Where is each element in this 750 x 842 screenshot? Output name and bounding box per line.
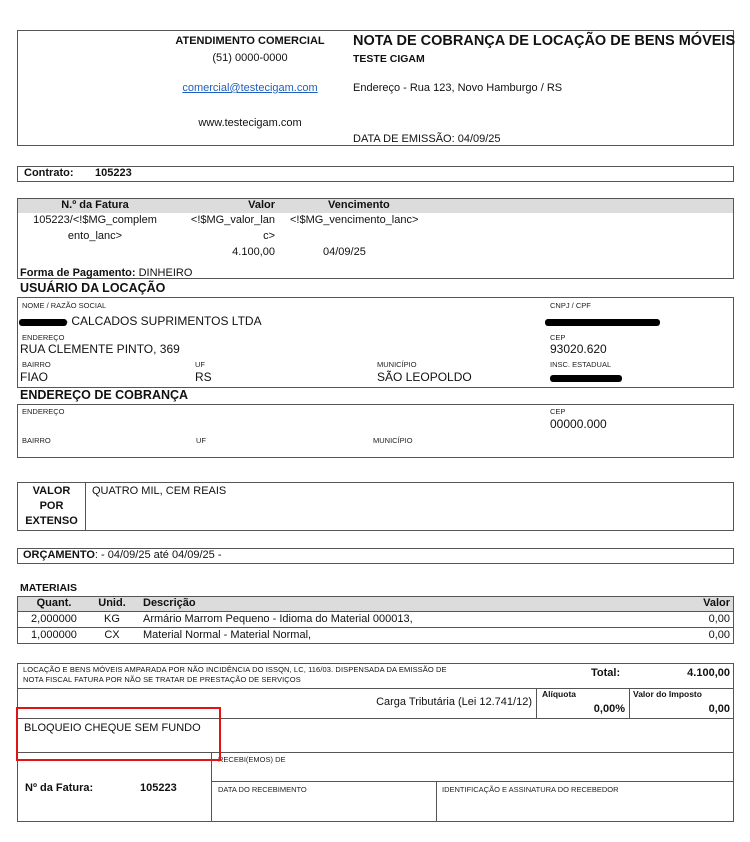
redacted-ie bbox=[550, 375, 622, 382]
col-due: Vencimento bbox=[328, 199, 390, 211]
uf-label: UF bbox=[195, 360, 205, 369]
amount-words-divider bbox=[85, 482, 86, 531]
highlight-annotation bbox=[16, 707, 221, 761]
tax-value-label: Valor do Imposto bbox=[633, 689, 702, 699]
billing-address-label: ENDEREÇO bbox=[22, 407, 65, 416]
invoice-due-placeholder: <!$MG_vencimento_lanc> bbox=[290, 214, 418, 226]
company-address: Endereço - Rua 123, Novo Hamburgo / RS bbox=[353, 82, 562, 94]
col-invoice-number: N.º da Fatura bbox=[20, 199, 170, 211]
receipt-invoice-label: Nº da Fatura: bbox=[25, 782, 93, 794]
payment-label: Forma de Pagamento: bbox=[20, 267, 136, 279]
invoice-value-line2: c> bbox=[170, 230, 275, 242]
row-unit: KG bbox=[92, 613, 132, 625]
address-value: RUA CLEMENTE PINTO, 369 bbox=[20, 342, 180, 356]
issue-date: DATA DE EMISSÃO: 04/09/25 bbox=[353, 133, 501, 145]
tax-value-divider bbox=[629, 688, 630, 718]
receipt-divider-mid bbox=[211, 781, 734, 782]
billing-municipio-label: MUNICÍPIO bbox=[373, 436, 413, 445]
name-label: NOME / RAZÃO SOCIAL bbox=[22, 301, 106, 310]
row-desc: Material Normal - Material Normal, bbox=[143, 629, 311, 641]
budget-line: ORÇAMENTO: - 04/09/25 até 04/09/25 - bbox=[23, 549, 222, 561]
doc-title: NOTA DE COBRANÇA DE LOCAÇÃO DE BENS MÓVE… bbox=[353, 33, 735, 49]
email-link[interactable]: comercial@testecigam.com bbox=[170, 82, 330, 94]
billing-bairro-label: BAIRRO bbox=[22, 436, 51, 445]
col-material-value: Valor bbox=[650, 597, 730, 609]
phone: (51) 0000-0000 bbox=[170, 52, 330, 64]
website: www.testecigam.com bbox=[170, 117, 330, 129]
billing-section-title: ENDEREÇO DE COBRANÇA bbox=[20, 388, 188, 402]
receipt-divider-left bbox=[211, 752, 212, 822]
contact-title: ATENDIMENTO COMERCIAL bbox=[170, 35, 330, 47]
invoice-number-line2: ento_lanc> bbox=[20, 230, 170, 242]
cep-value: 93020.620 bbox=[550, 342, 607, 356]
address-label: ENDEREÇO bbox=[22, 333, 65, 342]
row-value: 0,00 bbox=[650, 629, 730, 641]
municipio-label: MUNICÍPIO bbox=[377, 360, 417, 369]
billing-box bbox=[17, 404, 734, 458]
amount-words-label-1: VALOR bbox=[18, 485, 85, 497]
invoice-number-line1: 105223/<!$MG_complem bbox=[20, 214, 170, 226]
billing-cep-label: CEP bbox=[550, 407, 565, 416]
amount-words-label-2: POR bbox=[18, 500, 85, 512]
col-desc: Descrição bbox=[143, 597, 196, 609]
budget-value: : - 04/09/25 até 04/09/25 - bbox=[95, 549, 222, 561]
user-section-title: USUÁRIO DA LOCAÇÃO bbox=[20, 281, 165, 295]
materials-title: MATERIAIS bbox=[20, 582, 77, 594]
total-value: 4.100,00 bbox=[640, 667, 730, 679]
billing-cep-value: 00000.000 bbox=[550, 417, 607, 431]
row-qty: 1,000000 bbox=[20, 629, 88, 641]
legal-text-2: NOTA FISCAL FATURA POR NÃO SE TRATAR DE … bbox=[23, 675, 301, 684]
tax-value: 0,00 bbox=[640, 703, 730, 715]
uf-value: RS bbox=[195, 370, 212, 384]
divider-total bbox=[17, 688, 734, 689]
legal-text-1: LOCAÇÃO E BENS MÓVEIS AMPARADA POR NÃO I… bbox=[23, 665, 447, 674]
contract-label: Contrato: bbox=[24, 167, 74, 179]
cnpj-label: CNPJ / CPF bbox=[550, 301, 591, 310]
bairro-label: BAIRRO bbox=[22, 360, 51, 369]
row-qty: 2,000000 bbox=[20, 613, 88, 625]
receipt-date-label: DATA DO RECEBIMENTO bbox=[218, 785, 307, 794]
company-name: TESTE CIGAM bbox=[353, 53, 425, 65]
cep-label: CEP bbox=[550, 333, 565, 342]
name-value: - CALCADOS SUPRIMENTOS LTDA bbox=[64, 314, 262, 328]
billing-uf-label: UF bbox=[196, 436, 206, 445]
payment-value: DINHEIRO bbox=[139, 267, 193, 279]
col-quant: Quant. bbox=[20, 597, 88, 609]
amount-words-label-3: EXTENSO bbox=[18, 515, 85, 527]
rate-value: 0,00% bbox=[540, 703, 625, 715]
budget-label: ORÇAMENTO bbox=[23, 549, 95, 561]
received-from-label: RECEBI(EMOS) DE bbox=[218, 755, 286, 764]
rate-label: Alíquota bbox=[542, 689, 576, 699]
materials-row-divider-2 bbox=[17, 627, 734, 628]
col-unit: Unid. bbox=[92, 597, 132, 609]
contract-number: 105223 bbox=[95, 167, 132, 179]
receipt-invoice-value: 105223 bbox=[140, 782, 177, 794]
tax-label: Carga Tributária (Lei 12.741/12) bbox=[300, 696, 532, 708]
total-label: Total: bbox=[591, 667, 620, 679]
municipio-value: SÃO LEOPOLDO bbox=[377, 370, 472, 384]
invoice-due-date: 04/09/25 bbox=[323, 246, 366, 258]
receipt-divider-right bbox=[436, 781, 437, 822]
rate-divider bbox=[536, 688, 537, 718]
invoice-value-line1: <!$MG_valor_lan bbox=[170, 214, 275, 226]
row-unit: CX bbox=[92, 629, 132, 641]
invoice-value-amount: 4.100,00 bbox=[170, 246, 275, 258]
row-desc: Armário Marrom Pequeno - Idioma do Mater… bbox=[143, 613, 413, 625]
payment-method: Forma de Pagamento: DINHEIRO bbox=[20, 267, 192, 279]
ie-label: INSC. ESTADUAL bbox=[550, 360, 611, 369]
materials-row-divider-1 bbox=[17, 611, 734, 612]
row-value: 0,00 bbox=[650, 613, 730, 625]
col-value: Valor bbox=[170, 199, 275, 211]
amount-words-value: QUATRO MIL, CEM REAIS bbox=[92, 485, 226, 497]
signature-label: IDENTIFICAÇÃO E ASSINATURA DO RECEBEDOR bbox=[442, 785, 619, 794]
redacted-code bbox=[19, 319, 67, 326]
redacted-cnpj bbox=[545, 319, 660, 326]
bairro-value: FIAO bbox=[20, 370, 48, 384]
